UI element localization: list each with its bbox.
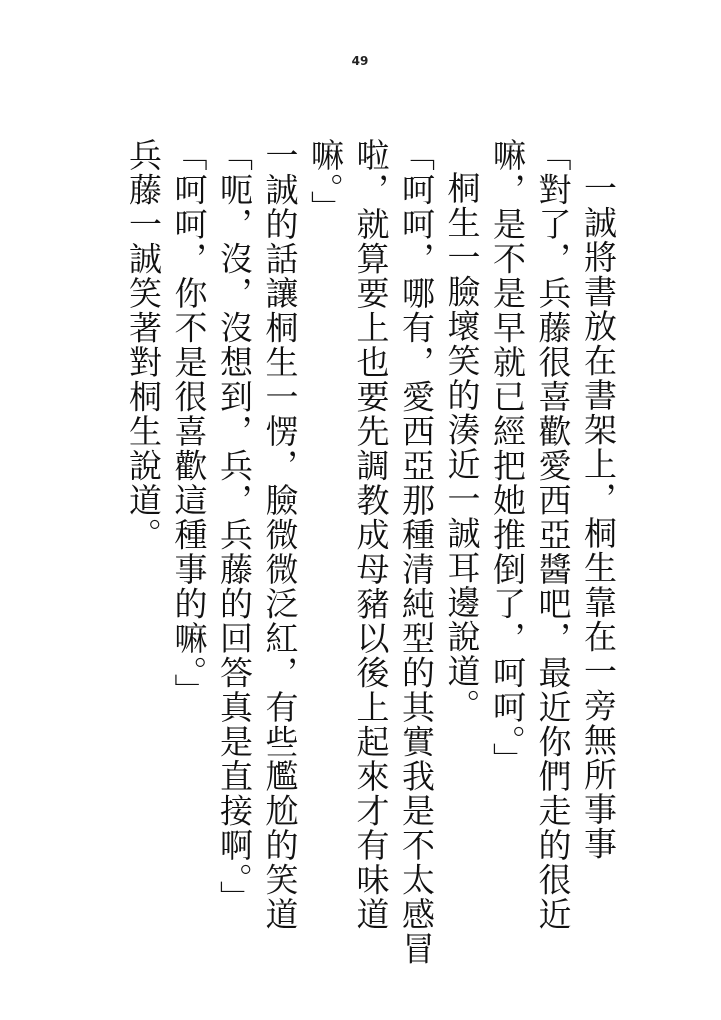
page-number: 49 xyxy=(340,54,380,68)
paragraph: 一誠將書放在書架上，桐生靠在一旁無所事事 xyxy=(576,138,622,968)
paragraph: 「呃，沒，沒想到，兵，兵藤的回答真是直接啊。」 xyxy=(212,138,258,968)
paragraph: 一誠的話讓桐生一愣，臉微微泛紅，有些尷尬的笑道 xyxy=(257,138,303,968)
paragraph: 桐生一臉壞笑的湊近一誠耳邊說道。 xyxy=(439,138,485,968)
paragraph: 「對了，兵藤很喜歡愛西亞醬吧，最近你們走的很近嘛，是不是早就已經把她推倒了，呵呵… xyxy=(485,138,576,968)
paragraph: 「呵呵，哪有，愛西亞那種清純型的其實我是不太感冒啦，就算要上也要先調教成母豬以後… xyxy=(303,138,440,968)
paragraph: 兵藤一誠笑著對桐生說道。 xyxy=(121,138,167,968)
vertical-text-body: 一誠將書放在書架上，桐生靠在一旁無所事事 「對了，兵藤很喜歡愛西亞醬吧，最近你們… xyxy=(121,138,622,968)
paragraph: 「呵呵，你不是很喜歡這種事的嘛。」 xyxy=(166,138,212,968)
